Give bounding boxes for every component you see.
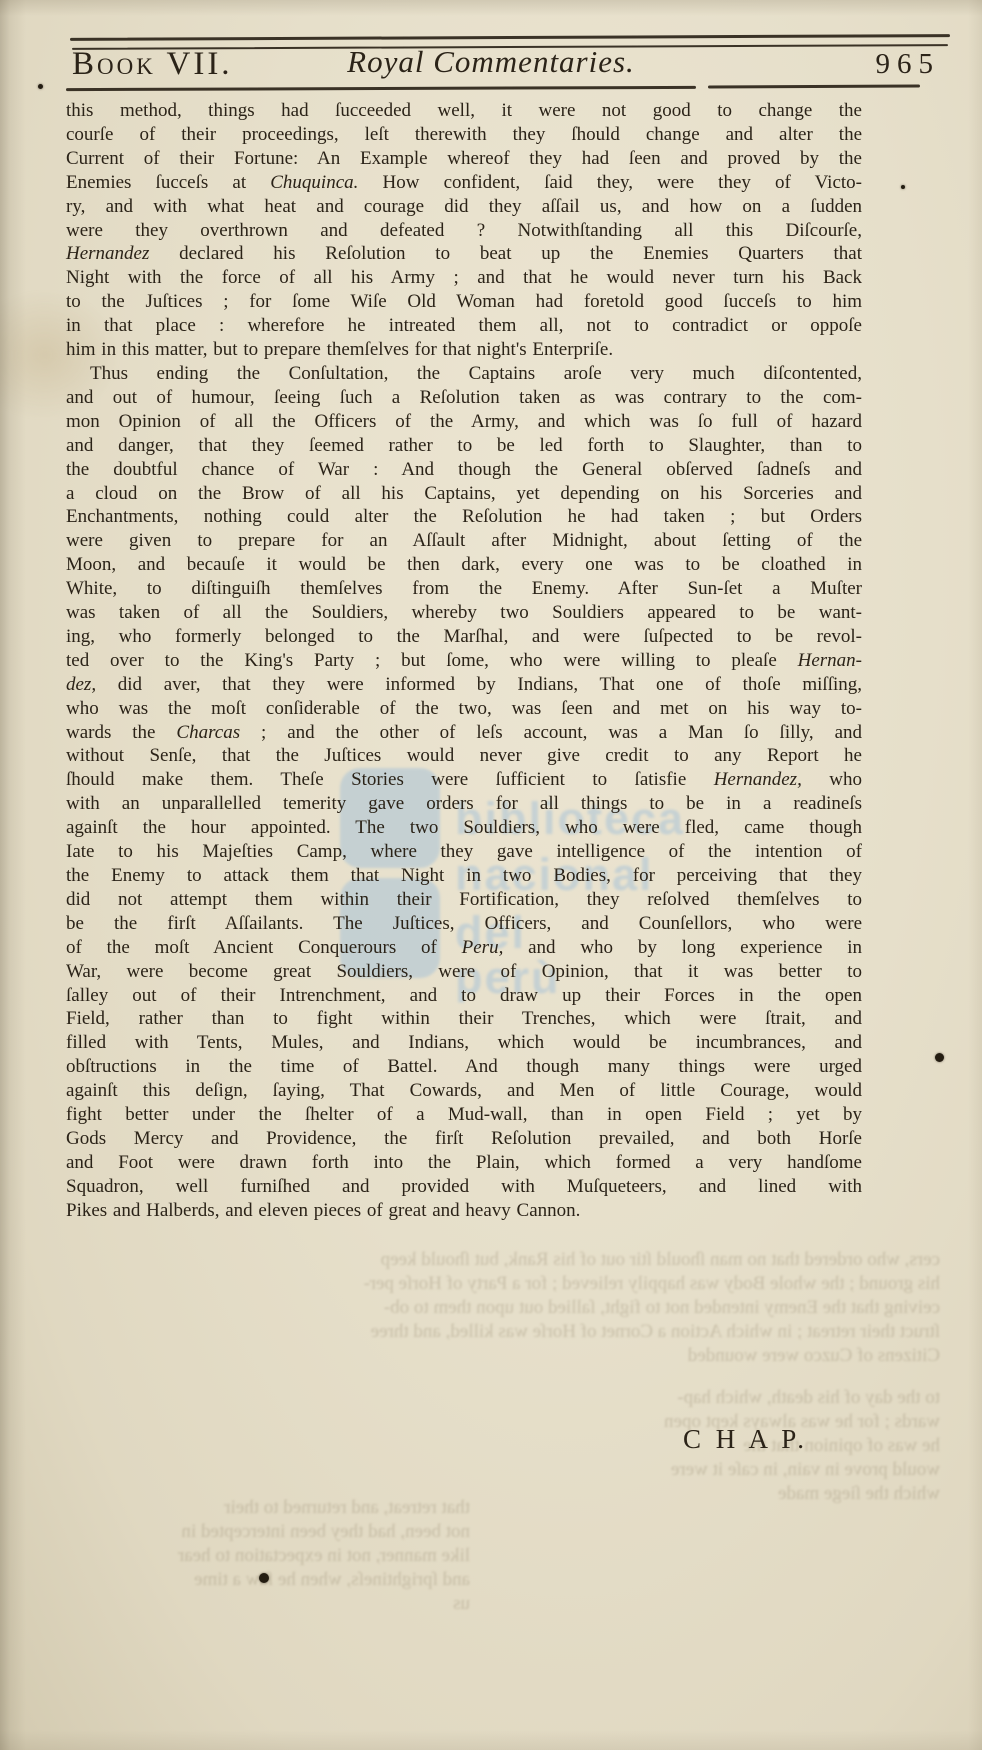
ink-speck — [901, 185, 905, 189]
italic-text-segment: Charcas — [176, 722, 240, 743]
text-line: White, to diſtinguiſh themſelves from th… — [66, 577, 862, 601]
text-line: filled with Tents, Mules, and Indians, w… — [66, 1031, 862, 1055]
bleedthrough-line: to the day of his death, which hap- — [500, 1386, 940, 1410]
bleedthrough-line: would prove in vain, in caſe it were — [500, 1458, 940, 1482]
bleedthrough-line: which the ſiege made — [500, 1482, 940, 1506]
text-line: Thus ending the Conſultation, the Captai… — [66, 362, 862, 386]
text-line: ſhould make them. Theſe Stories were ſuf… — [66, 768, 862, 792]
text-block: this method, things had ſucceeded well, … — [66, 99, 862, 1223]
text-line: a cloud on the Brow of all his Captains,… — [66, 482, 862, 506]
running-title: Royal Commentaries. — [0, 44, 982, 80]
text-segment: wards the — [66, 722, 176, 743]
bleedthrough-line: ſtruct their retreat ; in which Action a… — [95, 1320, 940, 1344]
text-segment: Current of their Fortune: An Example whe… — [66, 148, 862, 169]
text-segment: to the Juſtices ; for ſome Wiſe Old Woma… — [66, 291, 862, 312]
bleedthrough-line: like manner, not in expectation to hear — [60, 1544, 470, 1568]
italic-text-segment: Chuquinca. — [270, 172, 358, 193]
text-line: wards the Charcas ; and the other of leſ… — [66, 721, 862, 745]
text-segment: and who by long experience in — [503, 937, 862, 958]
text-line: to the Juſtices ; for ſome Wiſe Old Woma… — [66, 290, 862, 314]
text-segment: White, to diſtinguiſh themſelves from th… — [66, 578, 862, 599]
text-line: with an unparallelled temerity gave orde… — [66, 792, 862, 816]
text-line: were they overthrown and defeated ? Notw… — [66, 219, 862, 243]
text-segment: Iate to his Majeſties Camp, where they g… — [66, 841, 862, 862]
text-segment: be the firſt Aſſailants. The Juſtices, O… — [66, 913, 862, 934]
text-line: Current of their Fortune: An Example whe… — [66, 147, 862, 171]
text-segment: were they overthrown and defeated ? Notw… — [66, 220, 862, 241]
text-segment: obſtructions in the time of Battel. And … — [66, 1056, 862, 1077]
text-segment: him in this matter, but to prepare themſ… — [66, 339, 613, 360]
text-segment: How confident, ſaid they, were they of V… — [358, 172, 862, 193]
text-line: ted over to the King's Party ; but ſome,… — [66, 649, 862, 673]
text-segment: the Enemy to attack them that Night in t… — [66, 865, 862, 886]
text-line: and out of humour, ſeeing ſuch a Reſolut… — [66, 386, 862, 410]
text-line: Moon, and becauſe it would be then dark,… — [66, 553, 862, 577]
text-segment: Night with the force of all his Army ; a… — [66, 267, 862, 288]
text-line: the Enemy to attack them that Night in t… — [66, 864, 862, 888]
text-segment: Field, rather than to fight within their… — [66, 1008, 862, 1029]
text-segment: fight better under the ſhelter of a Mud-… — [66, 1104, 862, 1125]
italic-text-segment: dez, — [66, 674, 96, 695]
text-line: Squadron, well furniſhed and provided wi… — [66, 1175, 862, 1199]
text-line: dez, did aver, that they were informed b… — [66, 673, 862, 697]
text-segment: did not attempt them within their Fortif… — [66, 889, 862, 910]
bleedthrough-line: cers, who ordered that no man ſhould ſti… — [95, 1248, 940, 1272]
text-line: Iate to his Majeſties Camp, where they g… — [66, 840, 862, 864]
bleedthrough-line: us — [60, 1592, 470, 1616]
text-segment: in that place : wherefore he intreated t… — [66, 315, 862, 336]
text-segment: a cloud on the Brow of all his Captains,… — [66, 483, 862, 504]
text-line: fight better under the ſhelter of a Mud-… — [66, 1103, 862, 1127]
text-segment: Gods Mercy and Providence, the firſt Reſ… — [66, 1128, 862, 1149]
text-line: ing, who formerly belonged to the Marſha… — [66, 625, 862, 649]
text-segment: War, were become great Souldiers, were o… — [66, 961, 862, 982]
text-segment: and Foot were drawn forth into the Plain… — [66, 1152, 862, 1173]
bleedthrough-line: his ground ; the whole Body was happily … — [95, 1272, 940, 1296]
text-line: without Senſe, that the Juſtices would n… — [66, 744, 862, 768]
text-segment: were given to prepare for an Aſſault aft… — [66, 530, 862, 551]
text-line: who was the moſt conſiderable of the two… — [66, 697, 862, 721]
text-segment: who was the moſt conſiderable of the two… — [66, 698, 862, 719]
text-segment: Squadron, well furniſhed and provided wi… — [66, 1176, 862, 1197]
text-line: and danger, that they ſeemed rather to b… — [66, 434, 862, 458]
text-line: againſt the hour appointed. The two Soul… — [66, 816, 862, 840]
ink-speck — [259, 1573, 269, 1583]
text-segment: ſalley out of their Intrenchment, and to… — [66, 985, 862, 1006]
book-page: Book VII. Royal Commentaries. 965 biblio… — [0, 0, 982, 1750]
text-segment: Enemies ſucceſs at — [66, 172, 270, 193]
text-line: the doubtful chance of War : And though … — [66, 458, 862, 482]
bleedthrough-line: ceiving that the Enemy intended not to f… — [95, 1296, 940, 1320]
text-segment: ſhould make them. Theſe Stories were ſuf… — [66, 769, 714, 790]
text-segment: againſt this deſign, ſaying, That Coward… — [66, 1080, 862, 1101]
text-segment: with an unparallelled temerity gave orde… — [66, 793, 862, 814]
catchword: C H A P. — [683, 1424, 808, 1455]
italic-text-segment: Peru, — [462, 937, 504, 958]
text-segment: the doubtful chance of War : And though … — [66, 459, 862, 480]
text-line: him in this matter, but to prepare themſ… — [66, 338, 862, 362]
text-line: againſt this deſign, ſaying, That Coward… — [66, 1079, 862, 1103]
paragraph: Thus ending the Conſultation, the Captai… — [66, 362, 862, 1223]
text-segment: and danger, that they ſeemed rather to b… — [66, 435, 862, 456]
text-line: ry, and with what heat and courage did t… — [66, 195, 862, 219]
text-segment: againſt the hour appointed. The two Soul… — [66, 817, 862, 838]
text-line: be the firſt Aſſailants. The Juſtices, O… — [66, 912, 862, 936]
text-segment: ; and the other of leſs account, was a M… — [240, 722, 862, 743]
text-line: Field, rather than to fight within their… — [66, 1007, 862, 1031]
text-line: Enchantments, nothing could alter the Re… — [66, 505, 862, 529]
header-rule-right — [708, 84, 920, 88]
text-line: ſalley out of their Intrenchment, and to… — [66, 984, 862, 1008]
text-segment: Moon, and becauſe it would be then dark,… — [66, 554, 862, 575]
paragraph: this method, things had ſucceeded well, … — [66, 99, 862, 362]
bleedthrough-line: that retreat, and returned to their — [60, 1496, 470, 1520]
text-segment: did aver, that they were informed by Ind… — [96, 674, 862, 695]
text-line: did not attempt them within their Fortif… — [66, 888, 862, 912]
page-number: 965 — [876, 48, 941, 81]
text-segment: ing, who formerly belonged to the Marſha… — [66, 626, 862, 647]
italic-text-segment: Hernandez, — [714, 769, 802, 790]
text-segment: and out of humour, ſeeing ſuch a Reſolut… — [66, 387, 862, 408]
text-segment: Thus ending the Conſultation, the Captai… — [90, 363, 862, 384]
text-segment: filled with Tents, Mules, and Indians, w… — [66, 1032, 862, 1053]
text-segment: of the moſt Ancient Conquerours of — [66, 937, 462, 958]
text-segment: without Senſe, that the Juſtices would n… — [66, 745, 862, 766]
text-line: War, were become great Souldiers, were o… — [66, 960, 862, 984]
text-line: obſtructions in the time of Battel. And … — [66, 1055, 862, 1079]
text-segment: was taken of all the Souldiers, whereby … — [66, 602, 862, 623]
text-segment: courſe of their proceedings, leſt therew… — [66, 124, 862, 145]
bleedthrough-line: Citizens of Cuzco were wounded — [95, 1344, 940, 1368]
text-segment: Enchantments, nothing could alter the Re… — [66, 506, 862, 527]
text-line: courſe of their proceedings, leſt therew… — [66, 123, 862, 147]
text-line: and Foot were drawn forth into the Plain… — [66, 1151, 862, 1175]
text-segment: Pikes and Halberds, and eleven pieces of… — [66, 1200, 580, 1221]
bleedthrough-line: not been, had they been intercepted in — [60, 1520, 470, 1544]
ink-speck — [38, 84, 43, 89]
text-segment: mon Opinion of all the Officers of the A… — [66, 411, 862, 432]
text-segment: who — [802, 769, 862, 790]
text-line: Night with the force of all his Army ; a… — [66, 266, 862, 290]
italic-text-segment: Hernan- — [798, 650, 862, 671]
bleedthrough-block: that retreat, and returned to theirnot b… — [60, 1496, 470, 1616]
text-segment: declared his Reſolution to beat up the E… — [149, 243, 862, 264]
ink-speck — [935, 1053, 944, 1062]
text-line: Hernandez declared his Reſolution to bea… — [66, 242, 862, 266]
text-segment: this method, things had ſucceeded well, … — [66, 100, 862, 121]
text-line: mon Opinion of all the Officers of the A… — [66, 410, 862, 434]
text-line: this method, things had ſucceeded well, … — [66, 99, 862, 123]
bleedthrough-block: cers, who ordered that no man ſhould ſti… — [95, 1248, 940, 1368]
text-segment: ry, and with what heat and courage did t… — [66, 196, 862, 217]
italic-text-segment: Hernandez — [66, 243, 149, 264]
text-line: were given to prepare for an Aſſault aft… — [66, 529, 862, 553]
text-line: Enemies ſucceſs at Chuquinca. How confid… — [66, 171, 862, 195]
top-rule-upper — [70, 34, 950, 41]
text-line: Gods Mercy and Providence, the firſt Reſ… — [66, 1127, 862, 1151]
text-line: was taken of all the Souldiers, whereby … — [66, 601, 862, 625]
text-line: in that place : wherefore he intreated t… — [66, 314, 862, 338]
header-rule-left — [66, 86, 696, 91]
text-line: Pikes and Halberds, and eleven pieces of… — [66, 1199, 862, 1223]
text-line: of the moſt Ancient Conquerours of Peru,… — [66, 936, 862, 960]
text-segment: ted over to the King's Party ; but ſome,… — [66, 650, 798, 671]
